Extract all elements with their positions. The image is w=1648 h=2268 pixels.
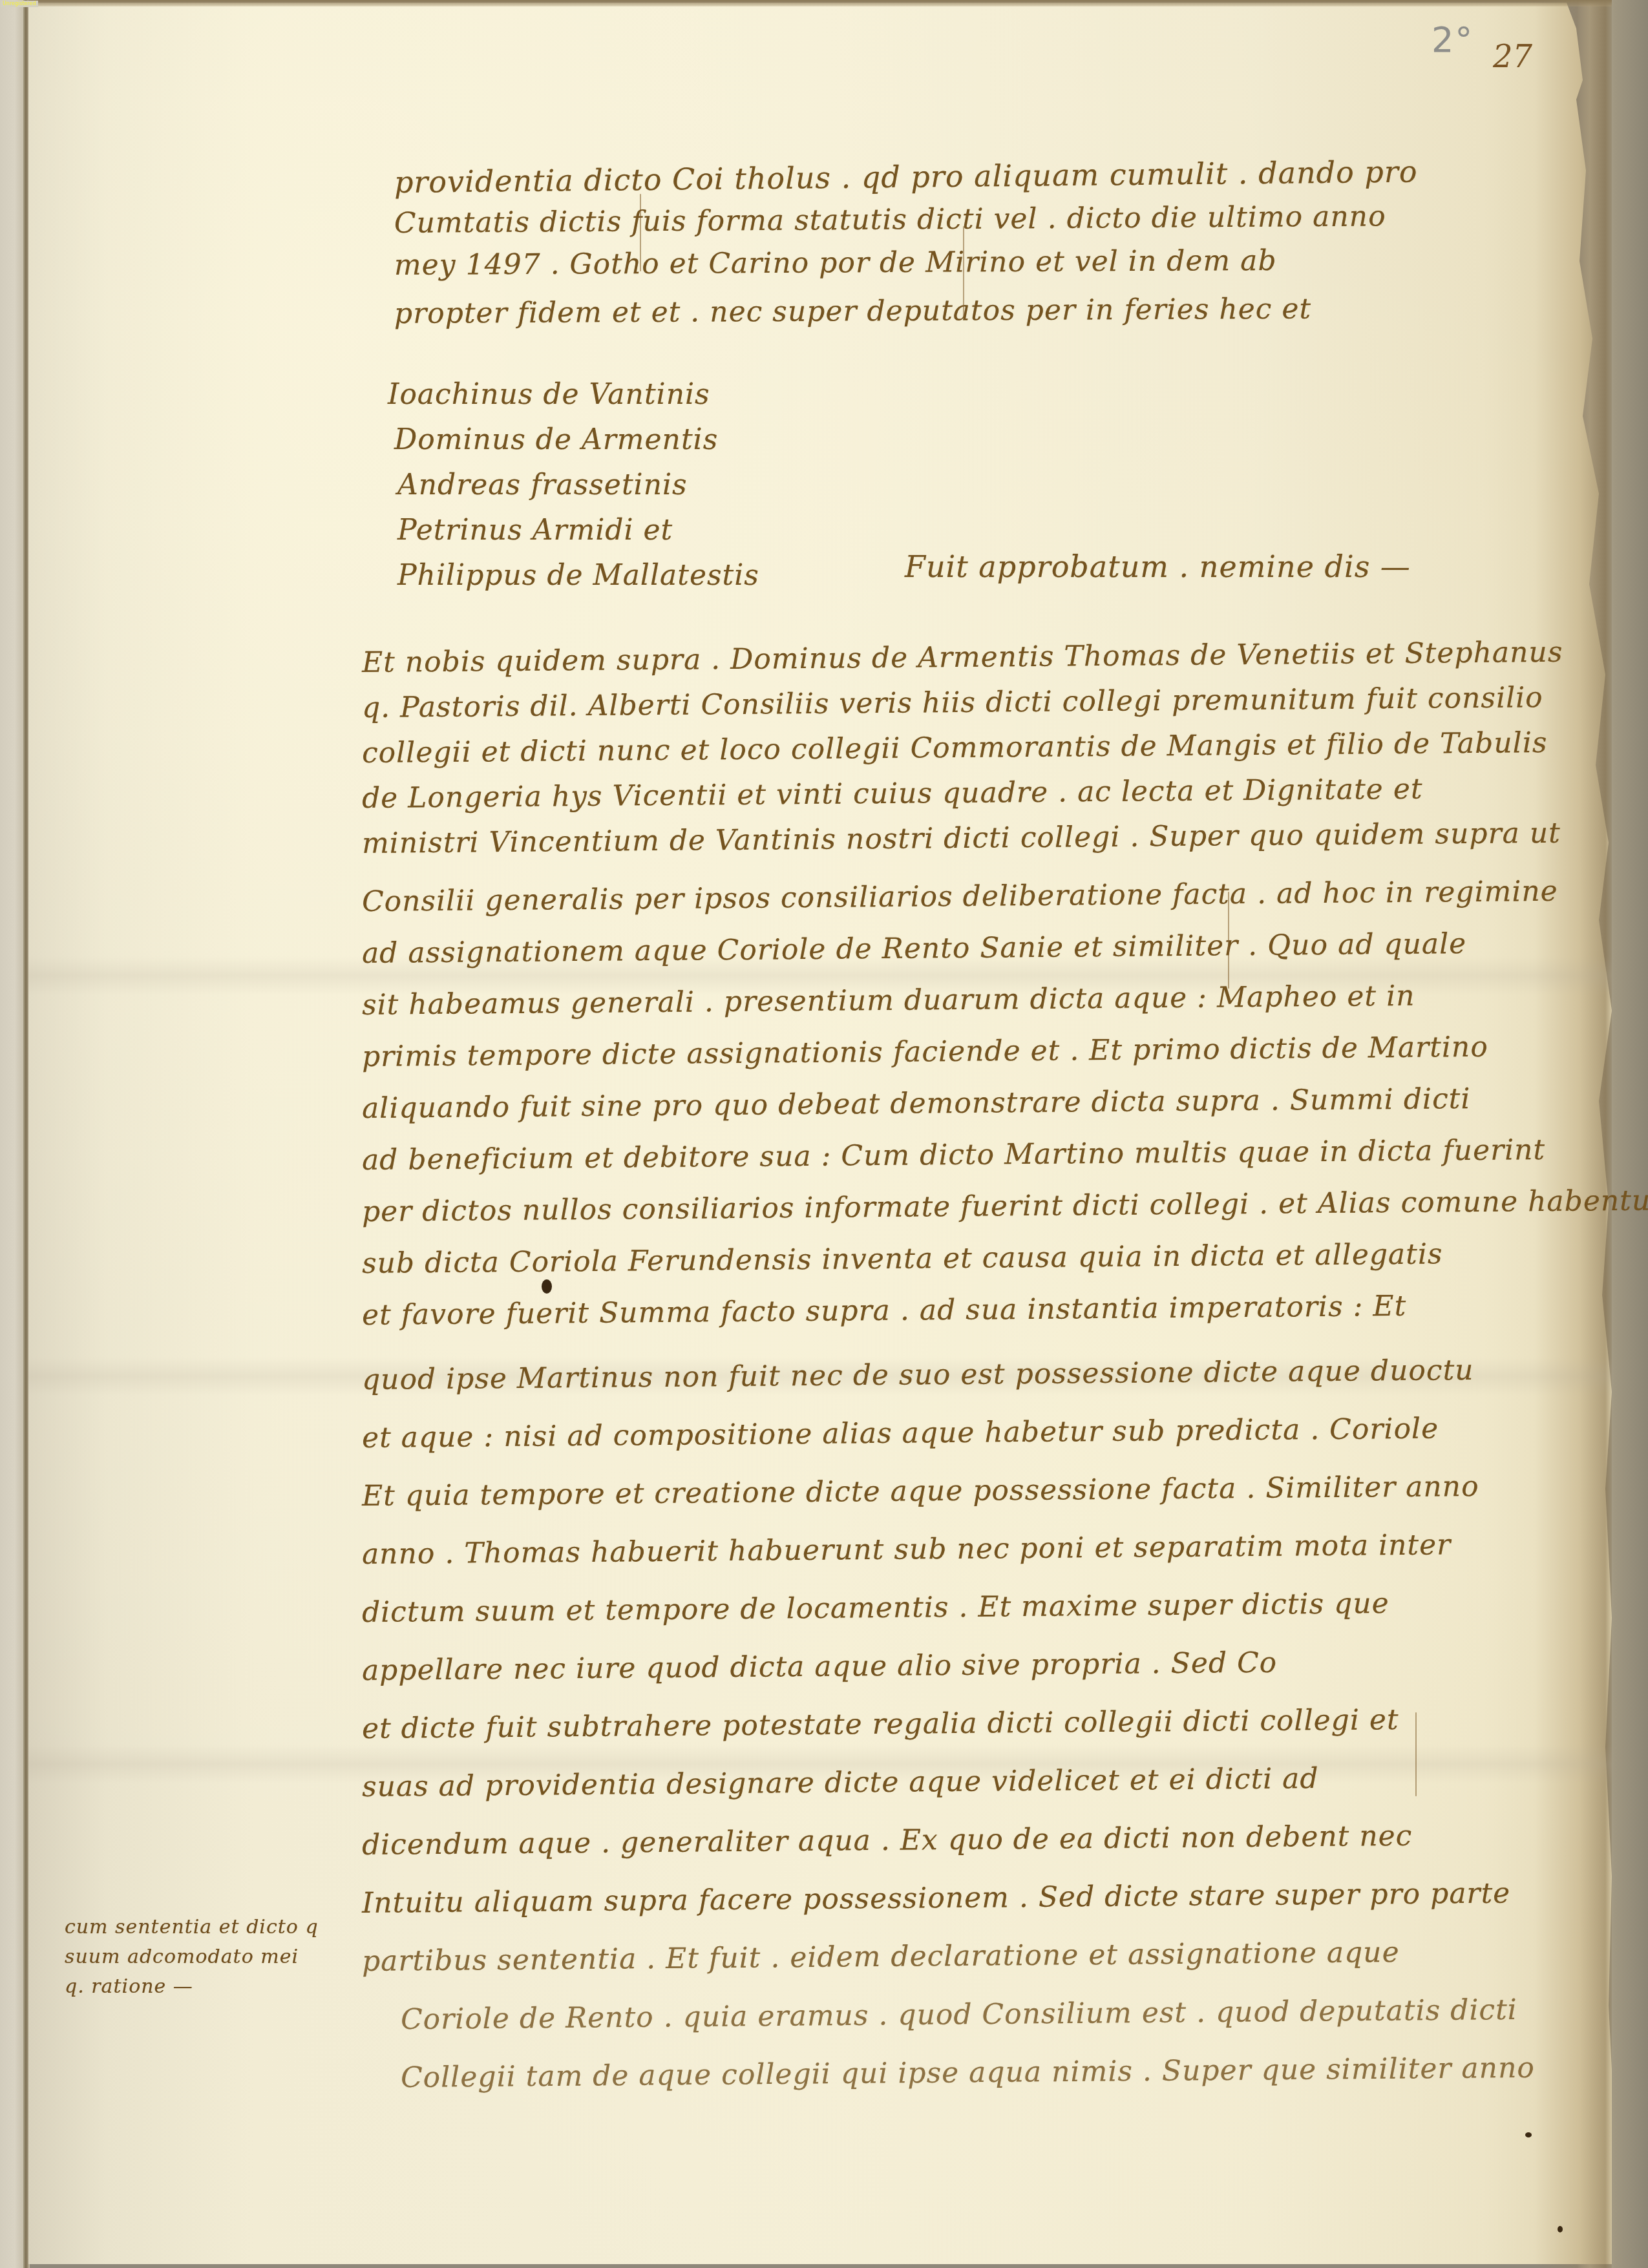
ink-blot bbox=[542, 1279, 552, 1294]
folio-number-pencil: 2° bbox=[1431, 19, 1474, 60]
ascender-stroke bbox=[640, 194, 641, 271]
ascender-stroke bbox=[963, 226, 964, 317]
intro-line: mey 1497 . Gotho et Carino por de Mirino… bbox=[394, 244, 1277, 282]
ascender-stroke bbox=[1228, 892, 1229, 989]
ascender-stroke bbox=[1415, 1712, 1417, 1796]
name-list-item: Andreas frassetinis bbox=[397, 468, 688, 501]
folio-number-ink: 27 bbox=[1493, 39, 1532, 75]
approval-annotation: Fuit approbatum . nemine dis — bbox=[905, 549, 1411, 584]
marginal-note-line: q. ratione — bbox=[65, 1972, 319, 2002]
marginal-note: cum sententia et dicto q suum adcomodato… bbox=[65, 1913, 319, 2002]
name-list-item: Dominus de Armentis bbox=[394, 423, 718, 456]
marginal-note-line: cum sententia et dicto q bbox=[65, 1913, 319, 1942]
unregistered-watermark: Unregistered bbox=[1, 1, 38, 7]
intro-line: Cumtatis dictis fuis forma statutis dict… bbox=[394, 200, 1386, 240]
name-list-item: Petrinus Armidi et bbox=[397, 514, 673, 547]
adjacent-page-edge bbox=[0, 0, 25, 2268]
name-list-item: Philippus de Mallatestis bbox=[397, 559, 759, 592]
top-edge-foxing bbox=[28, 0, 1612, 6]
name-list-item: Ioachinus de Vantinis bbox=[388, 378, 710, 411]
marginal-note-line: suum adcomodato mei bbox=[65, 1942, 319, 1972]
ink-blot bbox=[1525, 2132, 1532, 2137]
ink-blot bbox=[1558, 2226, 1563, 2232]
intro-line: propter fidem et et . nec super deputato… bbox=[394, 293, 1311, 330]
